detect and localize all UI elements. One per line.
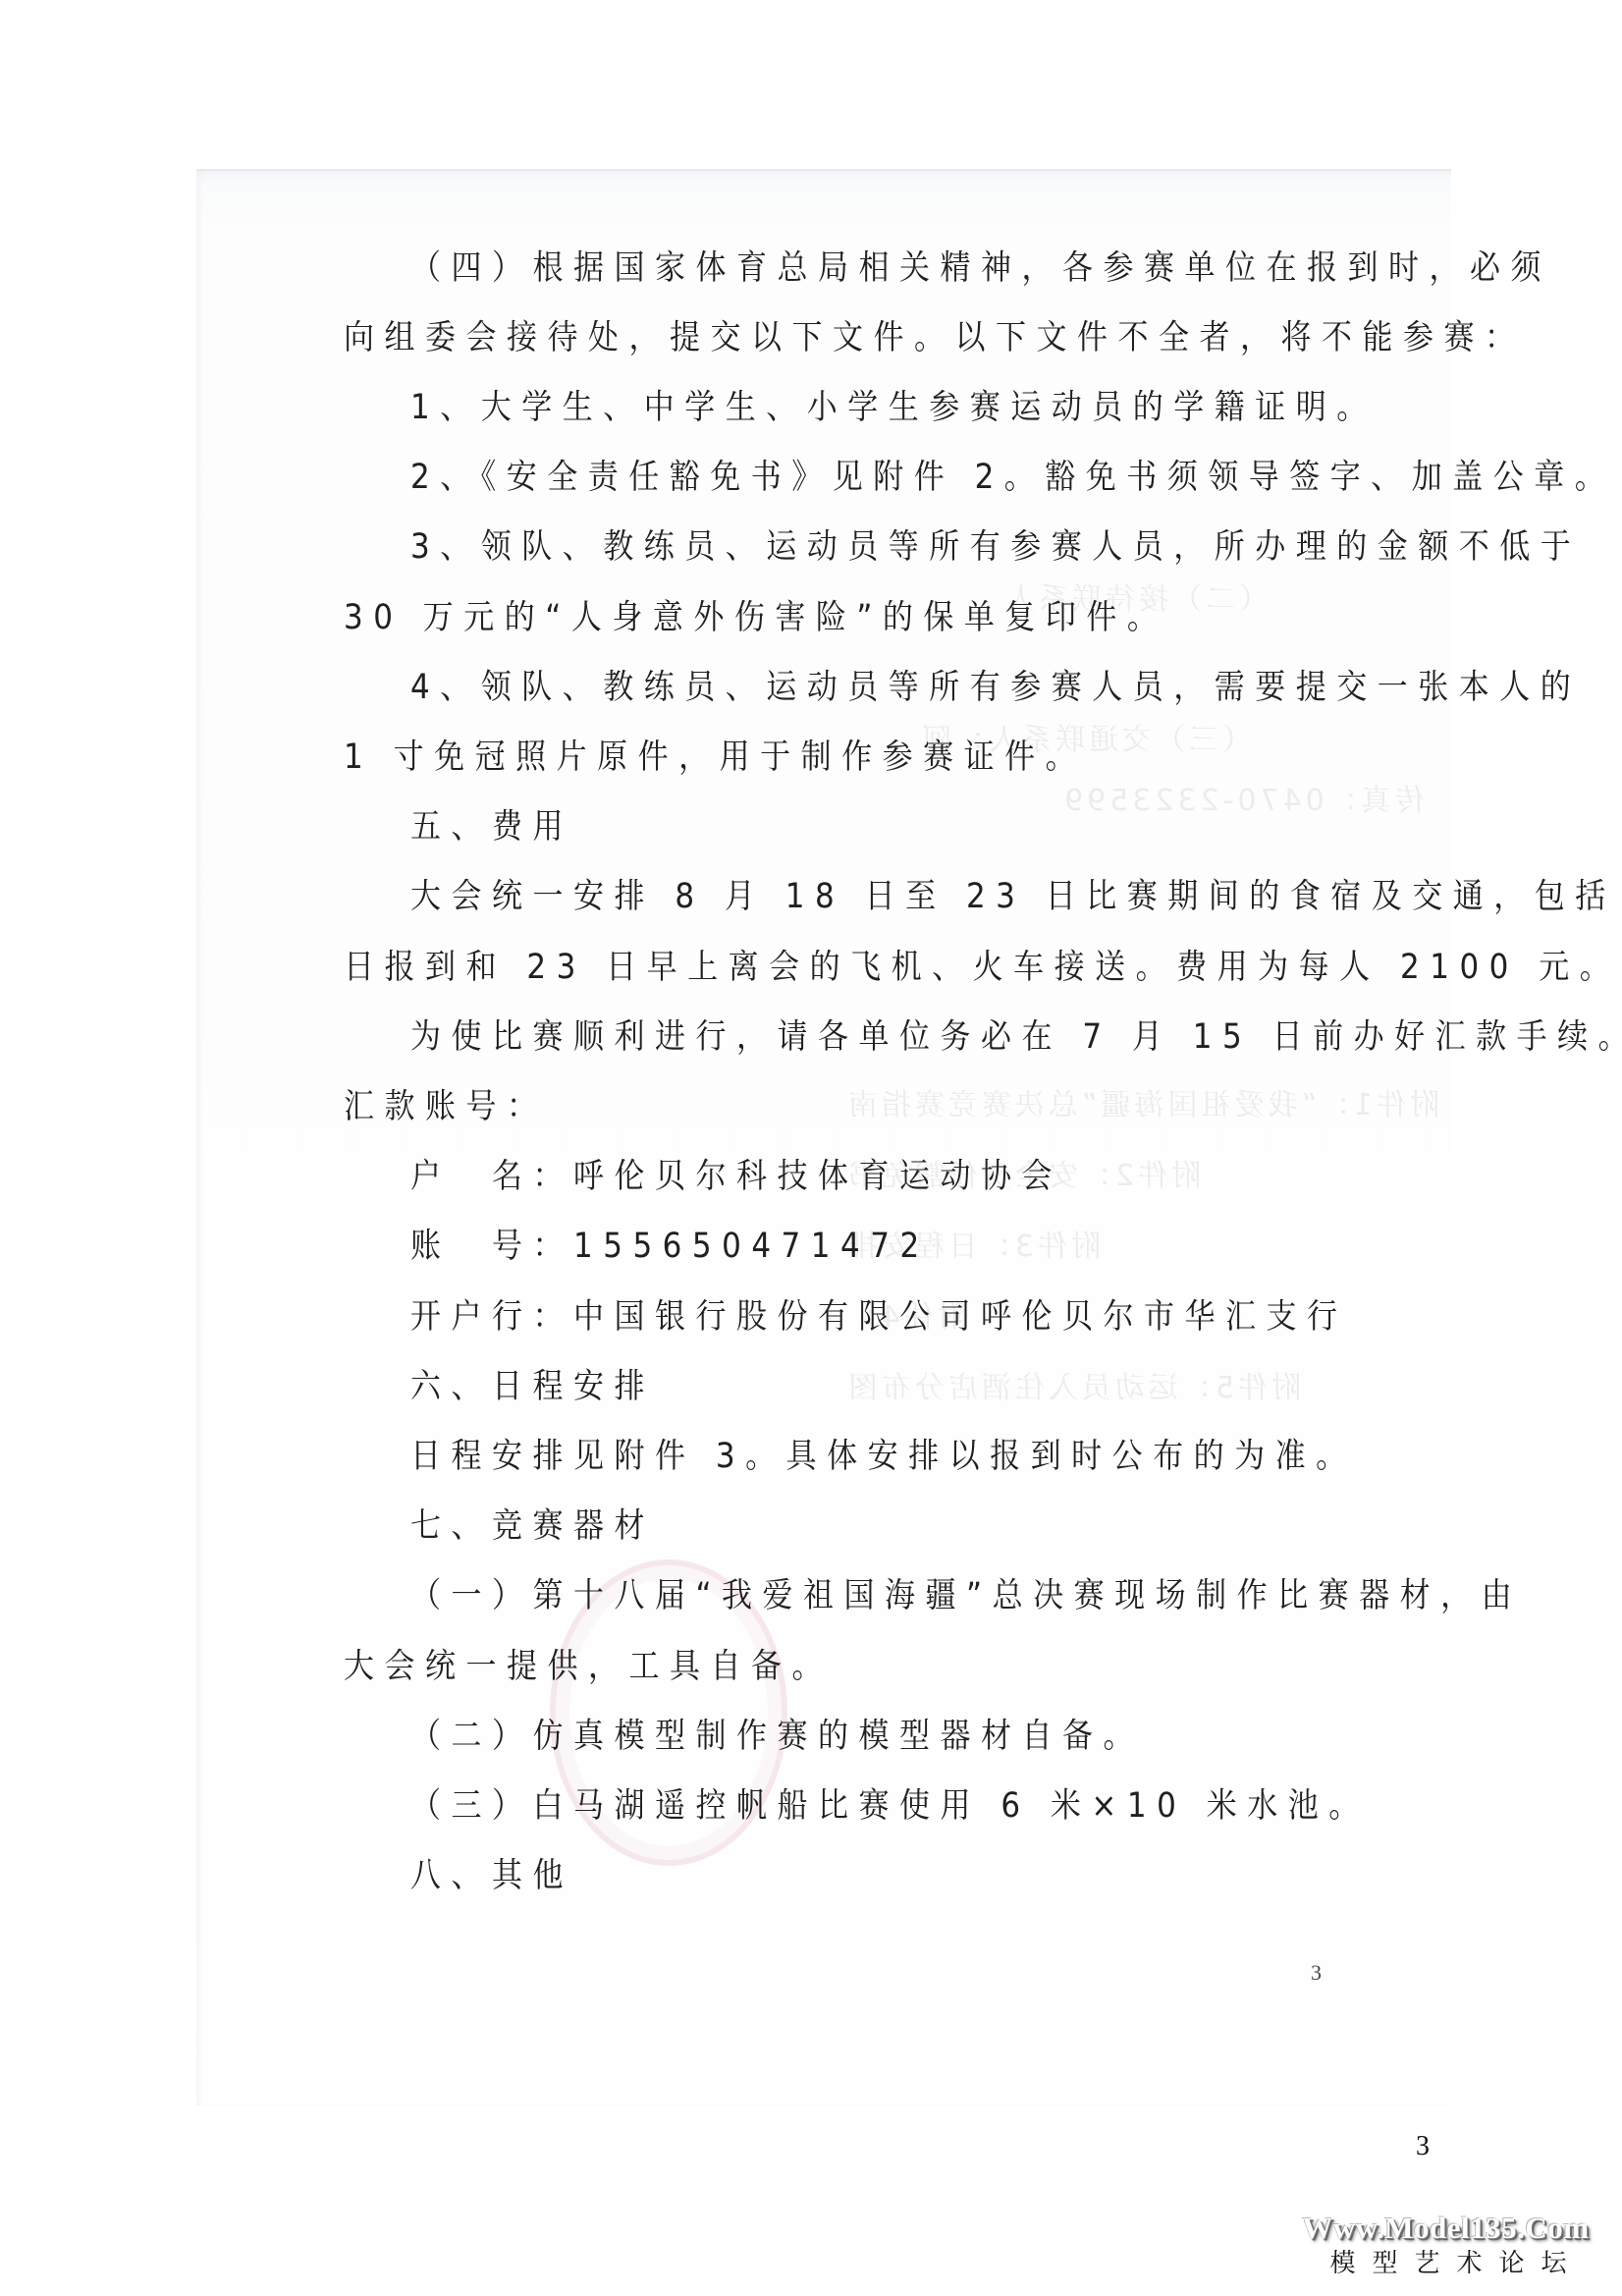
doc-line: （二）仿真模型制作赛的模型器材自备。 <box>410 1715 1144 1759</box>
doc-line: 1、大学生、中学生、小学生参赛运动员的学籍证明。 <box>410 386 1378 430</box>
doc-line: （四）根据国家体育总局相关精神，各参赛单位在报到时，必须 <box>410 246 1551 291</box>
doc-line: （一）第十八届“我爱祖国海疆”总决赛现场制作比赛器材，由 <box>410 1574 1522 1618</box>
doc-line: 4、领队、教练员、运动员等所有参赛人员，需要提交一张本人的 <box>410 666 1581 710</box>
watermark-url: Www.Model135.Com <box>1281 2210 1610 2247</box>
section-heading-schedule: 六、日程安排 <box>410 1365 655 1409</box>
site-watermark: Www.Model135.Com 模型艺术论坛 <box>1281 2210 1610 2280</box>
doc-line: 30 万元的“人身意外伤害险”的保单复印件。 <box>344 596 1167 640</box>
watermark-site-name: 模型艺术论坛 <box>1303 2247 1610 2280</box>
section-heading-fees: 五、费用 <box>410 805 573 849</box>
doc-line: 1 寸免冠照片原件，用于制作参赛证件。 <box>344 736 1086 780</box>
doc-line: 日报到和 23 日早上离会的飞机、火车接送。费用为每人 2100 元。 <box>344 946 1620 990</box>
remittance-label: 汇款账号： <box>344 1085 548 1129</box>
doc-line: 日程安排见附件 3。具体安排以报到时公布的为准。 <box>410 1435 1357 1479</box>
doc-line: 为使比赛顺利进行，请各单位务必在 7 月 15 日前办好汇款手续。 <box>410 1015 1622 1060</box>
bleed-through-text: 附件1：“我爱祖国海疆”总决赛竞赛指南 <box>844 1080 1439 1123</box>
doc-line: 2、《安全责任豁免书》见附件 2。豁免书须领导签字、加盖公章。 <box>410 456 1615 500</box>
section-heading-other: 八、其他 <box>410 1854 573 1898</box>
scanned-page-number: 3 <box>1311 1960 1322 1986</box>
bleed-through-text: 附件5：运动员入住酒店分布图 <box>844 1363 1301 1406</box>
account-name: 户 名：呼伦贝尔科技体育运动协会 <box>410 1155 1062 1199</box>
account-number: 账 号：155650471472 <box>410 1225 930 1269</box>
doc-line: 3、领队、教练员、运动员等所有参赛人员，所办理的金额不低于 <box>410 525 1581 570</box>
bleed-through-text: 传真：0470-2323599 <box>1060 776 1425 819</box>
page-number: 3 <box>1416 2131 1430 2162</box>
doc-line: 向组委会接待处，提交以下文件。以下文件不全者，将不能参赛： <box>344 316 1526 360</box>
doc-line: 大会统一安排 8 月 18 日至 23 日比赛期间的食宿及交通，包括 18 <box>410 875 1622 919</box>
doc-line: （三）白马湖遥控帆船比赛使用 6 米×10 米水池。 <box>410 1784 1370 1829</box>
bank-name: 开户行：中国银行股份有限公司呼伦贝尔市华汇支行 <box>410 1295 1348 1339</box>
doc-line: 大会统一提供，工具自备。 <box>344 1645 833 1689</box>
section-heading-equipment: 七、竞赛器材 <box>410 1504 655 1549</box>
